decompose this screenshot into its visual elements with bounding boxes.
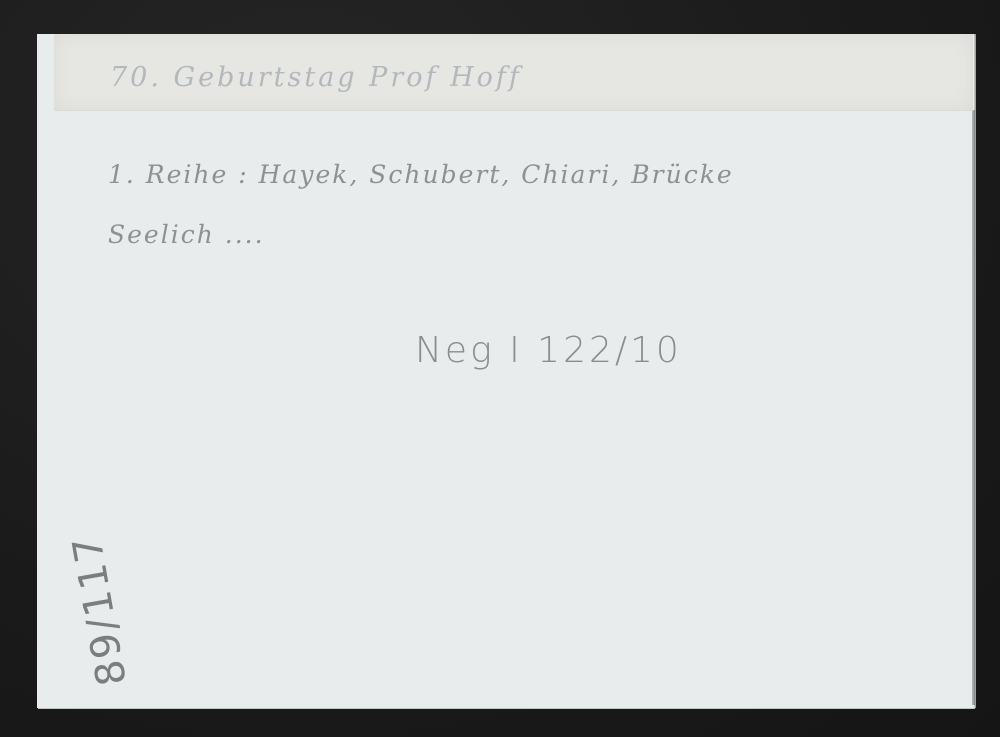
archive-number: 89/117 [64,531,136,689]
negative-reference: Neg I 122/10 [415,330,682,371]
label-strip-text: 70. Geburtstag Prof Hoff [110,62,522,93]
caption-line-1: 1. Reihe : Hayek, Schubert, Chiari, Brüc… [108,160,734,189]
caption-line-2: Seelich .... [108,220,265,249]
archive-number-container: 89/117 [55,540,145,680]
archive-card [37,34,974,708]
card-edge-shadow [972,110,975,705]
